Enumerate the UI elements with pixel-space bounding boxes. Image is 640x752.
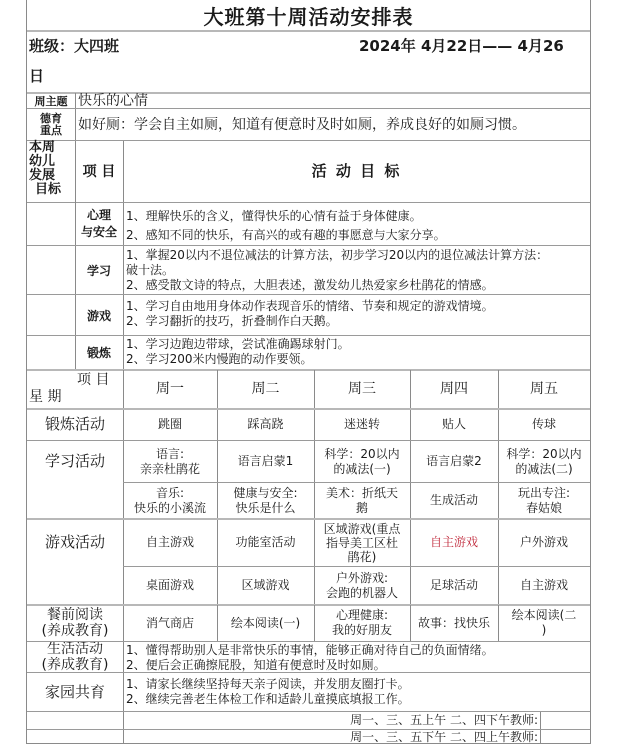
goal-item-study: 学习 [75, 246, 123, 294]
cell-line: 快乐的小溪流 [134, 501, 206, 516]
cell-line: 语言: [156, 447, 184, 462]
reading-tue: 绘本阅读(一) [217, 605, 314, 641]
goal-text-exercise: 1、学习边跑边带球，尝试准确踢球射门。 2、学习200米内慢跑的动作要领。 [123, 337, 350, 367]
reading-mon: 消气商店 [123, 605, 217, 641]
cell-line: 鹅 [356, 501, 368, 516]
game-tue-1: 功能室活动 [217, 519, 314, 566]
reading-fri: 绘本阅读(二 ) [498, 605, 590, 641]
goal-line: 2、感受散文诗的特点，大胆表述，激发幼儿热爱家乡杜鹃花的情感。 [126, 278, 548, 293]
moral-label: 德育 重点 [27, 109, 75, 140]
item-line: 心理 [87, 207, 111, 224]
study-thu-2: 生成活动 [410, 483, 498, 518]
goal-line: 2、学习200米内慢跑的动作要领。 [126, 352, 350, 367]
goal-item-psychology: 心理 与安全 [75, 203, 123, 245]
cell-line: 区域游戏(重点 [324, 522, 401, 536]
goal-item-game: 游戏 [75, 295, 123, 335]
life-line: 2、便后会正确擦屁股，知道有便意时及时如厕。 [126, 658, 494, 673]
item-line: 与安全 [81, 224, 117, 241]
item-header: 项 目 [75, 141, 123, 202]
study-tue-1: 语言启蒙1 [217, 441, 314, 482]
study-thu-1: 语言启蒙2 [410, 441, 498, 482]
game-fri-2: 自主游戏 [498, 567, 590, 604]
theme-value: 快乐的心情 [75, 93, 575, 108]
cell-line: 科学：20以内 [506, 447, 581, 462]
goal-text-study: 1、掌握20以内不退位减法的计算方法，初步学习20以内的退位减法计算方法： 破十… [123, 248, 548, 293]
goal-item-exercise: 锻炼 [75, 336, 123, 369]
game-mon-2: 桌面游戏 [123, 567, 217, 604]
study-fri-1: 科学：20以内 的减法(二) [498, 441, 590, 482]
moral-value: 如好厕：学会自主如厕，知道有便意时及时如厕，养成良好的如厕习惯。 [75, 109, 590, 140]
teacher-row-1: 周一、三、五上午 二、四下午教师: [123, 712, 540, 729]
life-line: 1、懂得帮助别人是非常快乐的事情，能够正确对待自己的负面情绪。 [126, 643, 494, 658]
cell-line: 科学：20以内 [324, 447, 399, 462]
cell-line: 健康与安全: [233, 486, 297, 501]
label-line: (养成教育) [42, 657, 109, 672]
cell-line: 的减法(一) [333, 462, 390, 477]
row-label-exercise: 锻炼活动 [27, 409, 123, 440]
study-fri-2: 玩出专注: 春姑娘 [498, 483, 590, 518]
cell-line: 玩出专注: [518, 486, 570, 501]
exercise-thu: 贴人 [410, 409, 498, 440]
exercise-wed: 迷迷转 [314, 409, 410, 440]
cell-line: 音乐: [156, 486, 184, 501]
day-header-wed: 周三 [314, 370, 410, 408]
goal-text-psychology: 1、理解快乐的含义，懂得快乐的心情有益于身体健康。 2、感知不同的快乐，有高兴的… [123, 207, 446, 245]
life-text: 1、懂得帮助别人是非常快乐的事情，能够正确对待自己的负面情绪。 2、便后会正确擦… [123, 643, 494, 673]
row-label-study: 学习活动 [27, 441, 123, 482]
schedule-sheet: 大班第十周活动安排表 班级：大四班 2024年 4月22日—— 4月26 日 周… [26, 0, 591, 744]
cell-line: ) [542, 623, 547, 638]
goal-line: 2、学习翻折的技巧，折叠制作白天鹅。 [126, 314, 494, 329]
label-line: 餐前阅读 [47, 607, 103, 623]
teacher-name-field-1[interactable] [541, 712, 590, 729]
study-mon-1: 语言: 亲亲杜鹃花 [123, 441, 217, 482]
cell-line: 的减法(二) [515, 462, 572, 477]
exercise-mon: 跳圈 [123, 409, 217, 440]
goals-section-label: 本周 幼儿 发展 目标 [29, 141, 75, 197]
game-thu-2: 足球活动 [410, 567, 498, 604]
cell-line: 指导美工区杜 [326, 536, 398, 550]
cell-line: 心理健康: [336, 608, 388, 623]
goal-line: 1、掌握20以内不退位减法的计算方法，初步学习20以内的退位减法计算方法： [126, 248, 548, 263]
divider [27, 30, 590, 32]
home-line: 2、继续完善老生体检工作和适龄儿童摸底填报工作。 [126, 692, 410, 707]
section-label-line: 幼儿 [29, 155, 75, 169]
goal-line: 1、学习自由地用身体动作表现音乐的情绪、节奏和规定的游戏情境。 [126, 299, 494, 314]
study-tue-2: 健康与安全: 快乐是什么 [217, 483, 314, 518]
game-wed-2: 户外游戏: 会跑的机器人 [314, 567, 410, 604]
moral-label-line: 重点 [40, 125, 62, 137]
game-thu-1-highlight: 自主游戏 [410, 519, 498, 566]
cell-line: 美术：折纸天 [326, 486, 398, 501]
goal-line: 1、学习边跑边带球，尝试准确踢球射门。 [126, 337, 350, 352]
theme-label: 周主题 [27, 93, 75, 108]
reading-wed: 心理健康: 我的好朋友 [314, 605, 410, 641]
row-label-home: 家园共育 [27, 673, 123, 711]
goal-line: 1、理解快乐的含义，懂得快乐的心情有益于身体健康。 [126, 207, 446, 226]
row-label-game: 游戏活动 [27, 519, 123, 566]
row-label-reading: 餐前阅读 (养成教育) [27, 605, 123, 641]
cell-line: 户外游戏: [336, 571, 388, 586]
cell-line: 亲亲杜鹃花 [140, 462, 200, 477]
section-label-line: 本周 [29, 141, 75, 155]
day-header-fri: 周五 [498, 370, 590, 408]
teacher-row-2: 周一、三、五下午 二、四上午教师: [123, 730, 540, 744]
class-label: 班级：大四班 [29, 38, 119, 55]
game-tue-2: 区域游戏 [217, 567, 314, 604]
game-wed-1: 区域游戏(重点 指导美工区杜 鹃花) [314, 519, 410, 566]
study-wed-2: 美术：折纸天 鹅 [314, 483, 410, 518]
label-line: 生活活动 [47, 642, 103, 657]
game-mon-1: 自主游戏 [123, 519, 217, 566]
cell-line: 春姑娘 [526, 501, 562, 516]
goal-header: 活 动 目 标 [123, 141, 590, 202]
study-wed-1: 科学：20以内 的减法(一) [314, 441, 410, 482]
cell-line: 我的好朋友 [332, 623, 392, 638]
section-label-line: 目标 [29, 183, 75, 197]
page-title: 大班第十周活动安排表 [27, 0, 590, 30]
day-header-thu: 周四 [410, 370, 498, 408]
corner-item: 项 目 [77, 372, 109, 388]
exercise-tue: 踩高跷 [217, 409, 314, 440]
goal-line: 2、感知不同的快乐，有高兴的或有趣的事愿意与大家分享。 [126, 226, 446, 245]
row-label-life: 生活活动 (养成教育) [27, 642, 123, 672]
reading-thu: 故事：找快乐 [410, 605, 498, 641]
teacher-name-field-2[interactable] [541, 730, 590, 744]
game-fri-1: 户外游戏 [498, 519, 590, 566]
cell-line: 会跑的机器人 [326, 586, 398, 601]
label-line: (养成教育) [42, 623, 109, 639]
home-text: 1、请家长继续坚持每天亲子阅读，并发朋友圈打卡。 2、继续完善老生体检工作和适龄… [123, 677, 410, 707]
date-range-tail: 日 [29, 68, 44, 85]
goal-line: 破十法。 [126, 263, 548, 278]
cell-line: 绘本阅读(二 [512, 608, 577, 623]
home-line: 1、请家长继续坚持每天亲子阅读，并发朋友圈打卡。 [126, 677, 410, 692]
day-header-mon: 周一 [123, 370, 217, 408]
corner-weekday: 星 期 [29, 389, 61, 405]
goal-text-game: 1、学习自由地用身体动作表现音乐的情绪、节奏和规定的游戏情境。 2、学习翻折的技… [123, 299, 494, 329]
moral-label-line: 德育 [40, 113, 62, 125]
study-mon-2: 音乐: 快乐的小溪流 [123, 483, 217, 518]
section-label-line: 发展 [29, 169, 75, 183]
cell-line: 快乐是什么 [235, 501, 295, 516]
date-range: 2024年 4月22日—— 4月26 [359, 38, 564, 55]
exercise-fri: 传球 [498, 409, 590, 440]
cell-line: 鹃花) [348, 550, 377, 564]
day-header-tue: 周二 [217, 370, 314, 408]
